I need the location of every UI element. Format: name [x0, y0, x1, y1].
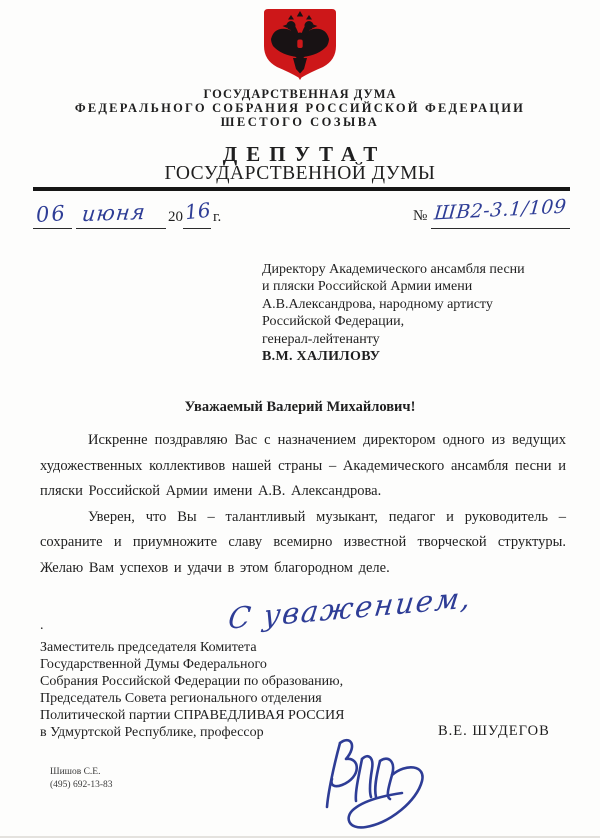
executor-name: Шишов С.Е.	[50, 766, 113, 779]
letter-body: Искренне поздравляю Вас с назначением ди…	[40, 428, 566, 582]
number-underline	[431, 228, 570, 229]
recipient-line: Российской Федерации,	[262, 313, 562, 330]
deputy-subtitle: ГОСУДАРСТВЕННОЙ ДУМЫ	[0, 163, 600, 185]
signer-position-line: Собрания Российской Федерации по образов…	[40, 674, 470, 691]
executor-phone: (495) 692-13-83	[50, 779, 113, 792]
recipient-line: Директору Академического ансамбля песни	[262, 261, 562, 278]
recipient-block: Директору Академического ансамбля песни …	[262, 261, 562, 365]
date-underline-month	[76, 228, 166, 229]
org-name-line2: ФЕДЕРАЛЬНОГО СОБРАНИЯ РОССИЙСКОЙ ФЕДЕРАЦ…	[0, 101, 600, 115]
letter-page: ГОСУДАРСТВЕННАЯ ДУМА ФЕДЕРАЛЬНОГО СОБРАН…	[0, 0, 600, 838]
year-suffix: г.	[213, 209, 221, 226]
org-name-line3: ШЕСТОГО СОЗЫВА	[0, 115, 600, 129]
handwritten-closing: С уважением,	[226, 580, 474, 636]
letterhead-divider	[33, 187, 570, 191]
org-name-line1: ГОСУДАРСТВЕННАЯ ДУМА	[0, 87, 600, 101]
handwritten-month: июня	[81, 200, 147, 226]
date-underline-year	[183, 228, 211, 229]
paragraph-1: Искренне поздравляю Вас с назначением ди…	[40, 428, 566, 505]
recipient-name: В.М. ХАЛИЛОВУ	[262, 348, 562, 365]
letterhead: ГОСУДАРСТВЕННАЯ ДУМА ФЕДЕРАЛЬНОГО СОБРАН…	[0, 87, 600, 129]
recipient-line: А.В.Александрова, народному артисту	[262, 296, 562, 313]
handwritten-year: 16	[184, 198, 212, 225]
date-underline-day	[33, 228, 72, 229]
russian-coat-of-arms-icon	[262, 8, 338, 80]
signer-position-line: Заместитель председателя Комитета	[40, 640, 470, 657]
handwritten-day: 06	[35, 201, 67, 227]
year-prefix: 20	[168, 209, 183, 226]
signature-scrawl	[318, 735, 463, 838]
signer-position-line: Политической партии СПРАВЕДЛИВАЯ РОССИЯ	[40, 708, 470, 725]
recipient-line: и пляски Российской Армии имени	[262, 278, 562, 295]
stray-mark: .	[40, 618, 44, 634]
number-sign: №	[413, 208, 427, 225]
salutation: Уважаемый Валерий Михайлович!	[10, 399, 590, 416]
recipient-line: генерал-лейтенанту	[262, 331, 562, 348]
signer-position-block: Заместитель председателя Комитета Госуда…	[40, 640, 470, 741]
paragraph-2: Уверен, что Вы – талантливый музыкант, п…	[40, 505, 566, 582]
signer-position-line: Государственной Думы Федерального	[40, 657, 470, 674]
executor-contact: Шишов С.Е. (495) 692-13-83	[50, 766, 113, 792]
signer-position-line: Председатель Совета регионального отделе…	[40, 691, 470, 708]
handwritten-document-number: ШВ2-3.1/109	[433, 195, 567, 224]
